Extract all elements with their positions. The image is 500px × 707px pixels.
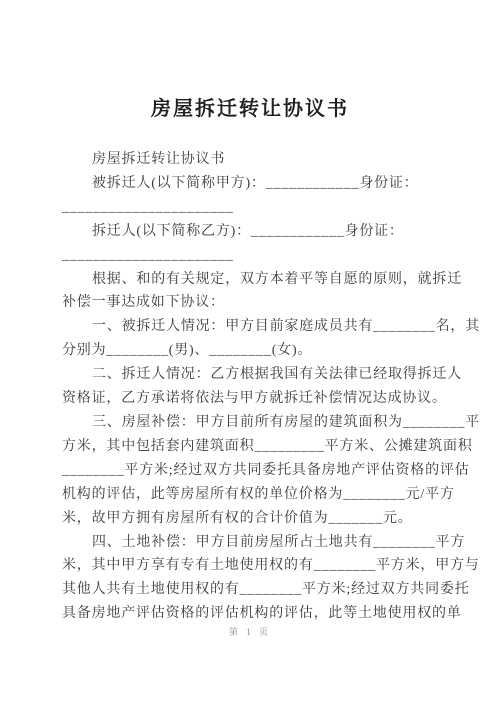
document-page: 房屋拆迁转让协议书 房屋拆迁转让协议书被拆迁人(以下简称甲方)：________… [0,0,500,707]
doc-line: 拆迁人(以下简称乙方)：____________身份证： [62,220,458,244]
doc-line: 具备房地产评估资格的评估机构的评估，此等土地使用权的单 [62,602,458,626]
doc-line: 根据、和的有关规定，双方本着平等自愿的原则，就拆迁 [62,268,458,292]
doc-line: 被拆迁人(以下简称甲方)：____________身份证： [62,172,458,196]
doc-line: 其他人共有土地使用权的有________平方米;经过双方共同委托 [62,578,458,602]
doc-line: ______________________ [62,244,458,268]
doc-line: ______________________ [62,196,458,220]
doc-line: 米，故甲方拥有房屋所有权的合计价值为_______元。 [62,507,458,531]
doc-line: 房屋拆迁转让协议书 [62,148,458,172]
doc-line: 资格证，乙方承诺将依法与甲方就拆迁补偿情况达成协议。 [62,387,458,411]
page-number: 第 1 页 [229,627,271,637]
doc-line: ________平方米;经过双方共同委托具备房地产评估资格的评估 [62,459,458,483]
doc-line: 二、拆迁人情况：乙方根据我国有关法律已经取得拆迁人 [62,363,458,387]
doc-line: 米，其中甲方享有专有土地使用权的有________平方米，甲方与 [62,554,458,578]
document-body: 房屋拆迁转让协议书被拆迁人(以下简称甲方)：____________身份证：__… [62,148,458,626]
doc-line: 四、土地补偿：甲方目前房屋所占土地共有________平方 [62,531,458,555]
doc-line: 补偿一事达成如下协议： [62,291,458,315]
doc-line: 三、房屋补偿：甲方目前所有房屋的建筑面积为________平 [62,411,458,435]
page-footer: 第 1 页 [0,626,500,638]
doc-line: 分别为________(男)、________(女)。 [62,339,458,363]
document-title: 房屋拆迁转让协议书 [0,94,500,124]
doc-line: 一、被拆迁人情况：甲方目前家庭成员共有________名，其 [62,315,458,339]
doc-line: 方米，其中包括套内建筑面积_________平方米、公摊建筑面积 [62,435,458,459]
doc-line: 机构的评估，此等房屋所有权的单位价格为________元/平方 [62,483,458,507]
